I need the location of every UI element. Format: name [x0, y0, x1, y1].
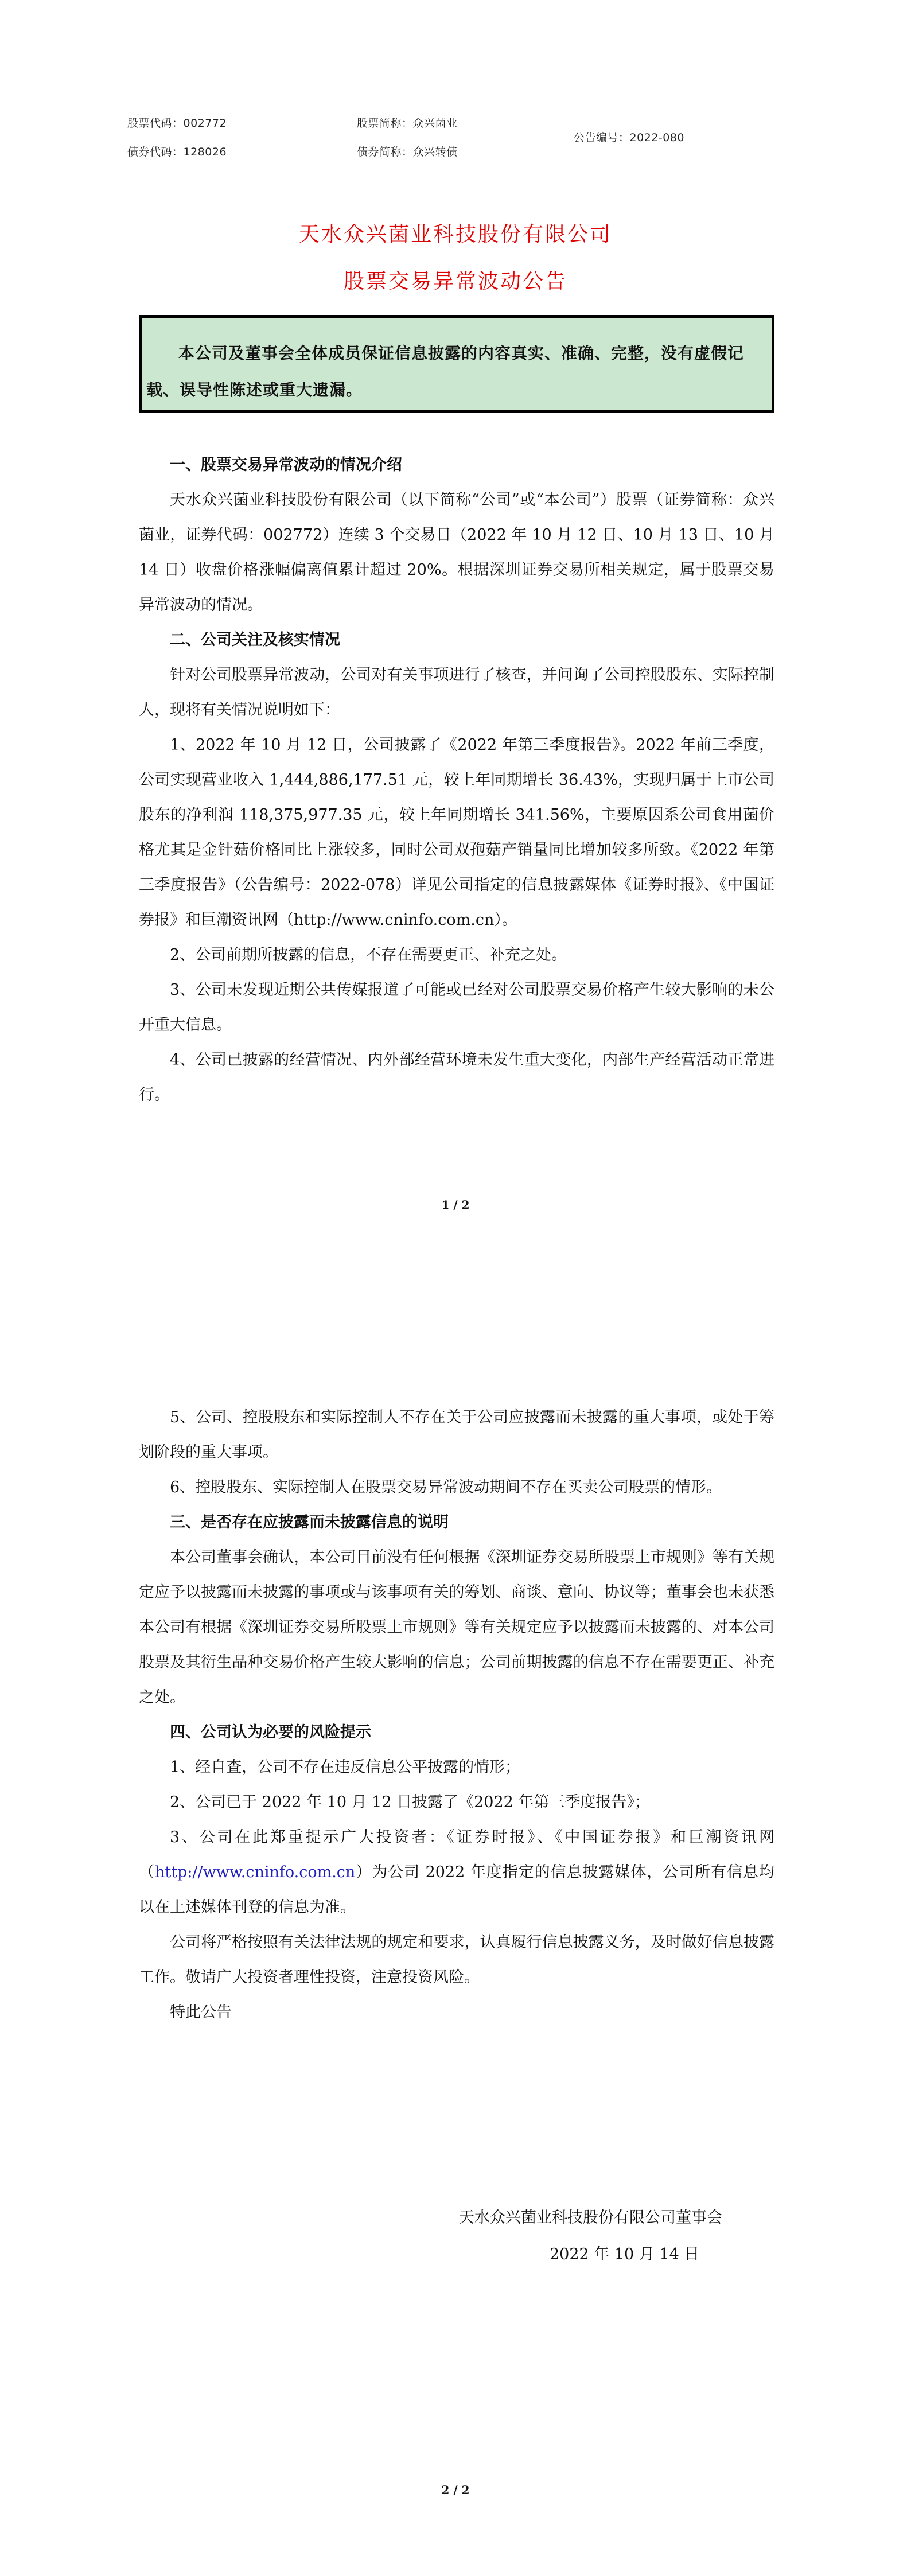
- board-guarantee-text: 本公司及董事会全体成员保证信息披露的内容真实、准确、完整，没有虚假记载、误导性陈…: [146, 335, 767, 408]
- page1-body: 一、股票交易异常波动的情况介绍 天水众兴菌业科技股份有限公司（以下简称“公司”或…: [139, 448, 774, 1112]
- stock-code: 股票代码：002772: [127, 115, 227, 130]
- section-4-closing: 公司将严格按照有关法律法规的规定和要求，认真履行信息披露义务，及时做好信息披露工…: [139, 1925, 774, 1995]
- section-4-heading: 四、公司认为必要的风险提示: [139, 1715, 774, 1750]
- section-2-item-1: 1、2022 年 10 月 12 日，公司披露了《2022 年第三季度报告》。2…: [139, 727, 774, 937]
- section-4-item-2: 2、公司已于 2022 年 10 月 12 日披露了《2022 年第三季度报告》…: [139, 1785, 774, 1820]
- announcement-title: 股票交易异常波动公告: [0, 265, 911, 294]
- signature-date: 2022 年 10 月 14 日: [550, 2242, 699, 2264]
- section-2-item-6: 6、控股股东、实际控制人在股票交易异常波动期间不存在买卖公司股票的情形。: [139, 1470, 774, 1505]
- section-1-heading: 一、股票交易异常波动的情况介绍: [139, 448, 774, 482]
- company-title: 天水众兴菌业科技股份有限公司: [0, 218, 911, 247]
- section-2-heading: 二、公司关注及核实情况: [139, 622, 774, 657]
- special-announcement: 特此公告: [139, 1995, 774, 2030]
- signature-board: 天水众兴菌业科技股份有限公司董事会: [459, 2205, 722, 2227]
- cninfo-link[interactable]: http://www.cninfo.com.cn: [155, 1863, 355, 1881]
- section-1-paragraph: 天水众兴菌业科技股份有限公司（以下简称“公司”或“本公司”）股票（证券简称：众兴…: [139, 482, 774, 622]
- page2-body: 5、公司、控股股东和实际控制人不存在关于公司应披露而未披露的重大事项，或处于筹划…: [139, 1400, 774, 2030]
- stock-name: 股票简称：众兴菌业: [357, 115, 458, 130]
- section-2-item-5: 5、公司、控股股东和实际控制人不存在关于公司应披露而未披露的重大事项，或处于筹划…: [139, 1400, 774, 1470]
- bond-name: 债券简称：众兴转债: [357, 143, 458, 159]
- section-4-item-3: 3、公司在此郑重提示广大投资者：《证券时报》、《中国证券报》和巨潮资讯网（htt…: [139, 1820, 774, 1925]
- board-guarantee-notice-box: 本公司及董事会全体成员保证信息披露的内容真实、准确、完整，没有虚假记载、误导性陈…: [139, 315, 774, 413]
- bond-code: 债券代码：128026: [127, 143, 227, 159]
- announcement-number: 公告编号：2022-080: [574, 129, 684, 145]
- page-number-2: 2 / 2: [0, 2483, 911, 2497]
- section-3-heading: 三、是否存在应披露而未披露信息的说明: [139, 1505, 774, 1540]
- document-page-1: 股票代码：002772 债券代码：128026 股票简称：众兴菌业 债券简称：众…: [0, 0, 911, 1288]
- section-4-item-1: 1、经自查，公司不存在违反信息公平披露的情形；: [139, 1750, 774, 1785]
- section-2-item-3: 3、公司未发现近期公共传媒报道了可能或已经对公司股票交易价格产生较大影响的未公开…: [139, 972, 774, 1042]
- section-2-item-4: 4、公司已披露的经营情况、内外部经营环境未发生重大变化，内部生产经营活动正常进行…: [139, 1042, 774, 1112]
- section-2-item-2: 2、公司前期所披露的信息，不存在需要更正、补充之处。: [139, 937, 774, 972]
- document-page-2: 5、公司、控股股东和实际控制人不存在关于公司应披露而未披露的重大事项，或处于筹划…: [0, 1288, 911, 2576]
- section-3-paragraph: 本公司董事会确认，本公司目前没有任何根据《深圳证券交易所股票上市规则》等有关规定…: [139, 1540, 774, 1715]
- section-2-intro: 针对公司股票异常波动，公司对有关事项进行了核查，并问询了公司控股股东、实际控制人…: [139, 657, 774, 727]
- page-number-1: 1 / 2: [0, 1198, 911, 1212]
